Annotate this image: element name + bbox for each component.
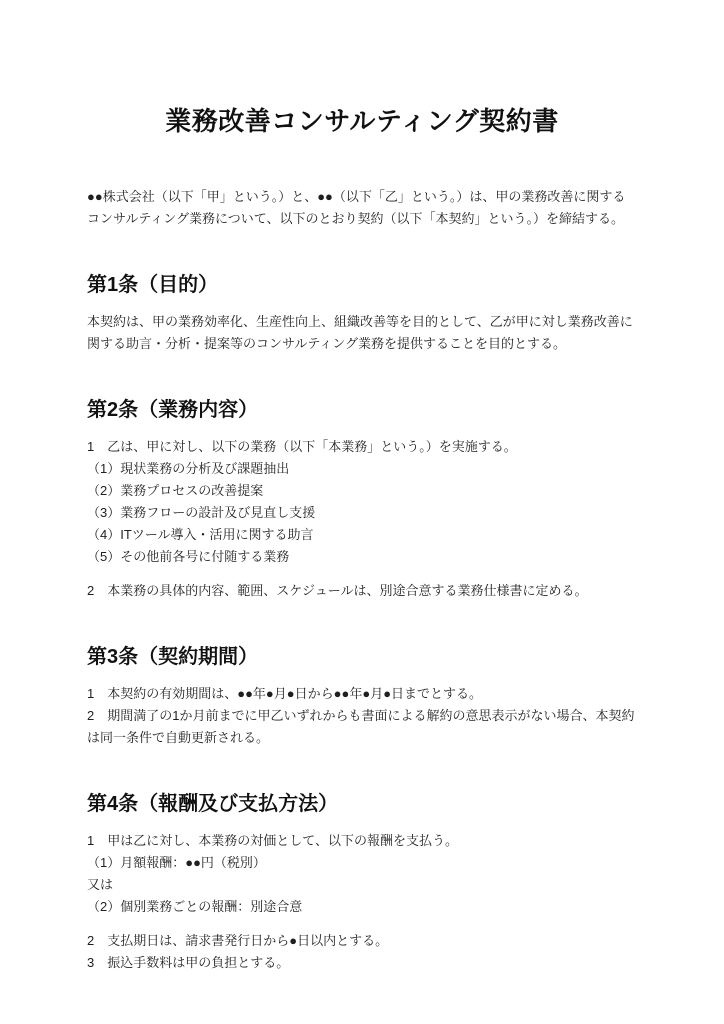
article-1-heading: 第1条（目的） <box>87 272 637 298</box>
article-4-or-separator: 又は <box>87 874 637 896</box>
contract-document-page: 業務改善コンサルティング契約書 ●●株式会社（以下「甲」という。）と、●●（以下… <box>0 0 724 1024</box>
document-title: 業務改善コンサルティング契約書 <box>87 104 637 138</box>
article-2-clause-1: 1 乙は、甲に対し、以下の業務（以下「本業務」という。）を実施する。 <box>87 436 637 458</box>
article-4-fees-and-payment: 第4条（報酬及び支払方法） 1 甲は乙に対し、本業務の対価として、以下の報酬を支… <box>87 791 637 974</box>
article-3-clause-2: 2 期間満了の1か月前までに甲乙いずれからも書面による解約の意思表示がない場合、… <box>87 705 637 749</box>
article-1-purpose: 第1条（目的） 本契約は、甲の業務効率化、生産性向上、組織改善等を目的として、乙… <box>87 272 637 355</box>
article-3-contract-term: 第3条（契約期間） 1 本契約の有効期間は、●●年●月●日から●●年●月●日まで… <box>87 644 637 749</box>
article-4-heading: 第4条（報酬及び支払方法） <box>87 791 637 817</box>
article-1-body: 本契約は、甲の業務効率化、生産性向上、組織改善等を目的として、乙が甲に対し業務改… <box>87 311 637 355</box>
article-2-item-2: （2）業務プロセスの改善提案 <box>87 480 637 502</box>
preamble-paragraph: ●●株式会社（以下「甲」という。）と、●●（以下「乙」という。）は、甲の業務改善… <box>87 186 637 230</box>
article-4-item-2: （2）個別業務ごとの報酬：別途合意 <box>87 896 637 918</box>
article-2-item-1: （1）現状業務の分析及び課題抽出 <box>87 458 637 480</box>
article-4-item-1: （1）月額報酬：●●円（税別） <box>87 852 637 874</box>
article-2-item-3: （3）業務フローの設計及び見直し支援 <box>87 502 637 524</box>
article-2-heading: 第2条（業務内容） <box>87 397 637 423</box>
article-4-clause-3: 3 振込手数料は甲の負担とする。 <box>87 952 637 974</box>
article-4-clause-1: 1 甲は乙に対し、本業務の対価として、以下の報酬を支払う。 <box>87 830 637 852</box>
article-4-clause-2: 2 支払期日は、請求書発行日から●日以内とする。 <box>87 930 637 952</box>
article-3-heading: 第3条（契約期間） <box>87 644 637 670</box>
article-3-clause-1: 1 本契約の有効期間は、●●年●月●日から●●年●月●日までとする。 <box>87 683 637 705</box>
article-2-item-5: （5）その他前各号に付随する業務 <box>87 546 637 568</box>
article-2-item-4: （4）ITツール導入・活用に関する助言 <box>87 524 637 546</box>
article-2-scope-of-services: 第2条（業務内容） 1 乙は、甲に対し、以下の業務（以下「本業務」という。）を実… <box>87 397 637 602</box>
article-2-clause-2: 2 本業務の具体的内容、範囲、スケジュールは、別途合意する業務仕様書に定める。 <box>87 580 637 602</box>
